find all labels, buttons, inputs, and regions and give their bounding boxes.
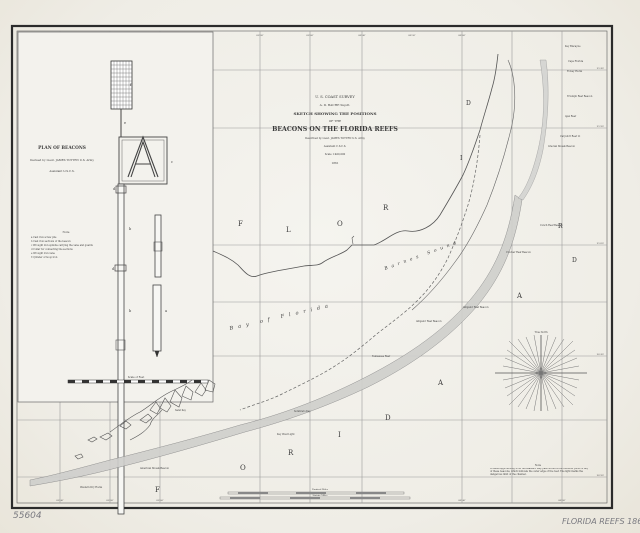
svg-text:c: c bbox=[171, 160, 173, 164]
map-canvas: f e c d b d b a PLAN OF BEACONS Devised … bbox=[0, 0, 640, 533]
inset-note: d Collar for connecting the sections bbox=[31, 248, 74, 251]
label-letter: F bbox=[155, 486, 160, 494]
longitude-label: 80°20' bbox=[408, 34, 416, 37]
label-letter: I bbox=[460, 155, 463, 162]
svg-text:e: e bbox=[124, 121, 126, 125]
latitude-label: 24°40' bbox=[597, 353, 605, 356]
title-line-3: SKETCH SHOWING THE POSITIONS bbox=[293, 111, 376, 116]
handwritten-title: FLORIDA REEFS 1861 bbox=[562, 517, 640, 526]
bottom-note-text: A vessel approaching from the seaward ma… bbox=[490, 468, 590, 477]
beacon-label: Carysfort Reef Lt bbox=[560, 135, 580, 138]
label-letter: D bbox=[466, 100, 471, 107]
beacon-label: Sand Key bbox=[175, 409, 187, 412]
florida-lower-label: F O R I D A A D R bbox=[155, 223, 577, 494]
title-line-1: U. S. COAST SURVEY bbox=[315, 95, 355, 99]
inset-scale-bar bbox=[68, 380, 208, 383]
title-scale: Scale 1:400,000 bbox=[325, 153, 346, 156]
beacon-label: Western Dry Rocks bbox=[80, 486, 103, 489]
longitude-label: 81°00' bbox=[156, 499, 164, 502]
longitude-label: 80°40' bbox=[358, 34, 366, 37]
label-letter: R bbox=[288, 449, 294, 457]
beacon-label: Triumph Reef Beacon bbox=[567, 95, 593, 98]
latitude-label: 24°20' bbox=[597, 474, 605, 477]
bottom-scale-bars: Nautical Miles Statute Miles bbox=[220, 488, 410, 499]
label-letter: D bbox=[572, 257, 577, 264]
compass-rose bbox=[495, 335, 587, 411]
inset-title: PLAN OF BEACONS bbox=[38, 146, 86, 151]
inset-note: a Cast iron screw pile bbox=[31, 236, 57, 239]
longitude-label: 81°40' bbox=[56, 499, 64, 502]
bottom-note-heading: Note bbox=[535, 464, 542, 467]
label-letter: D bbox=[385, 414, 391, 422]
florida-upper-label: F L O R I D bbox=[238, 100, 471, 234]
keys-chain bbox=[240, 135, 480, 410]
label-letter: L bbox=[286, 226, 291, 234]
svg-text:a: a bbox=[165, 309, 167, 313]
beacon-label: Key Biscayne bbox=[565, 45, 581, 48]
compass-north-label: True North bbox=[534, 331, 548, 334]
inset-note: c Wrought iron spindle carrying the vane… bbox=[31, 244, 94, 247]
beacon-label: Conch Reef Beacon bbox=[540, 224, 563, 227]
longitude-label: 80°00' bbox=[458, 34, 466, 37]
longitude-label: 81°20' bbox=[256, 34, 264, 37]
nautical-scale-label: Nautical Miles bbox=[312, 488, 329, 491]
inset-subtitle-2: Assistant U.S.C.S. bbox=[48, 169, 74, 173]
title-block: U. S. COAST SURVEY A. D. BACHE Supdt. SK… bbox=[272, 95, 398, 165]
inset-note: e Wrought iron vane bbox=[31, 252, 55, 255]
beacon-label: Tennessee Reef bbox=[372, 355, 390, 358]
bay-of-florida-label: Bay of Florida bbox=[228, 302, 333, 332]
map-sheet: f e c d b d b a PLAN OF BEACONS Devised … bbox=[0, 0, 640, 533]
inset-note-heading: Note bbox=[63, 230, 70, 234]
beacon-label: Fowey Rocks bbox=[567, 70, 583, 73]
label-letter: A bbox=[437, 379, 444, 387]
longitude-label: 80°20' bbox=[558, 499, 566, 502]
beacon-label: Alligator Reef Beacon bbox=[415, 320, 442, 323]
inset-scale-label: Scale of Feet bbox=[128, 376, 144, 379]
title-year: 1861 bbox=[331, 161, 338, 165]
latitude-label: 25°20' bbox=[597, 125, 605, 128]
beacon-label: Crocker Reef Beacon bbox=[506, 251, 531, 254]
title-line-4: OF THE bbox=[329, 119, 341, 123]
label-letter: O bbox=[240, 464, 246, 472]
beacon-label: Sombrero Key bbox=[294, 410, 311, 413]
title-line-7: Assistant C.S.C.S. bbox=[323, 145, 347, 148]
beacon-label: American Shoals Beacon bbox=[139, 467, 169, 470]
label-letter: A bbox=[516, 292, 523, 300]
catalog-number: 55604 bbox=[13, 511, 42, 521]
beacon-label: Grecian Shoals Beacon bbox=[548, 145, 575, 148]
label-letter: R bbox=[383, 204, 389, 212]
beacon-label: Alligator Reef Beacon bbox=[462, 306, 489, 309]
statute-scale-label: Statute Miles bbox=[313, 494, 329, 497]
inset-subtitle: Devised by Lieut. JAMES TOTTEN U.S. Army bbox=[30, 158, 94, 162]
bottom-note: A vessel approaching from the seaward ma… bbox=[490, 468, 590, 486]
label-letter: I bbox=[338, 431, 341, 439]
longitude-label: 81°20' bbox=[106, 499, 114, 502]
beacon-label: Cape Florida bbox=[568, 60, 584, 63]
title-line-2: A. D. BACHE Supdt. bbox=[319, 103, 351, 107]
beacon-label: Key West Light bbox=[277, 433, 295, 436]
title-line-6: Described by Lieut. JAMES TOTTEN U.S. Ar… bbox=[305, 137, 365, 140]
longitude-label: 81°00' bbox=[306, 34, 314, 37]
label-letter: F bbox=[238, 220, 243, 228]
latitude-label: 25°00' bbox=[597, 242, 605, 245]
beacon-label: Ajax Reef bbox=[564, 115, 576, 118]
map-title: BEACONS ON THE FLORIDA REEFS bbox=[272, 126, 398, 133]
inset-note: b Cast iron sections of the beacon bbox=[31, 240, 71, 243]
longitude-label: 80°40' bbox=[458, 499, 466, 502]
inset-note: f Cylinder of hoop iron bbox=[31, 256, 58, 259]
upper-reef-band bbox=[518, 60, 548, 200]
latitude-label: 25°40' bbox=[597, 67, 605, 70]
label-letter: O bbox=[337, 220, 343, 228]
